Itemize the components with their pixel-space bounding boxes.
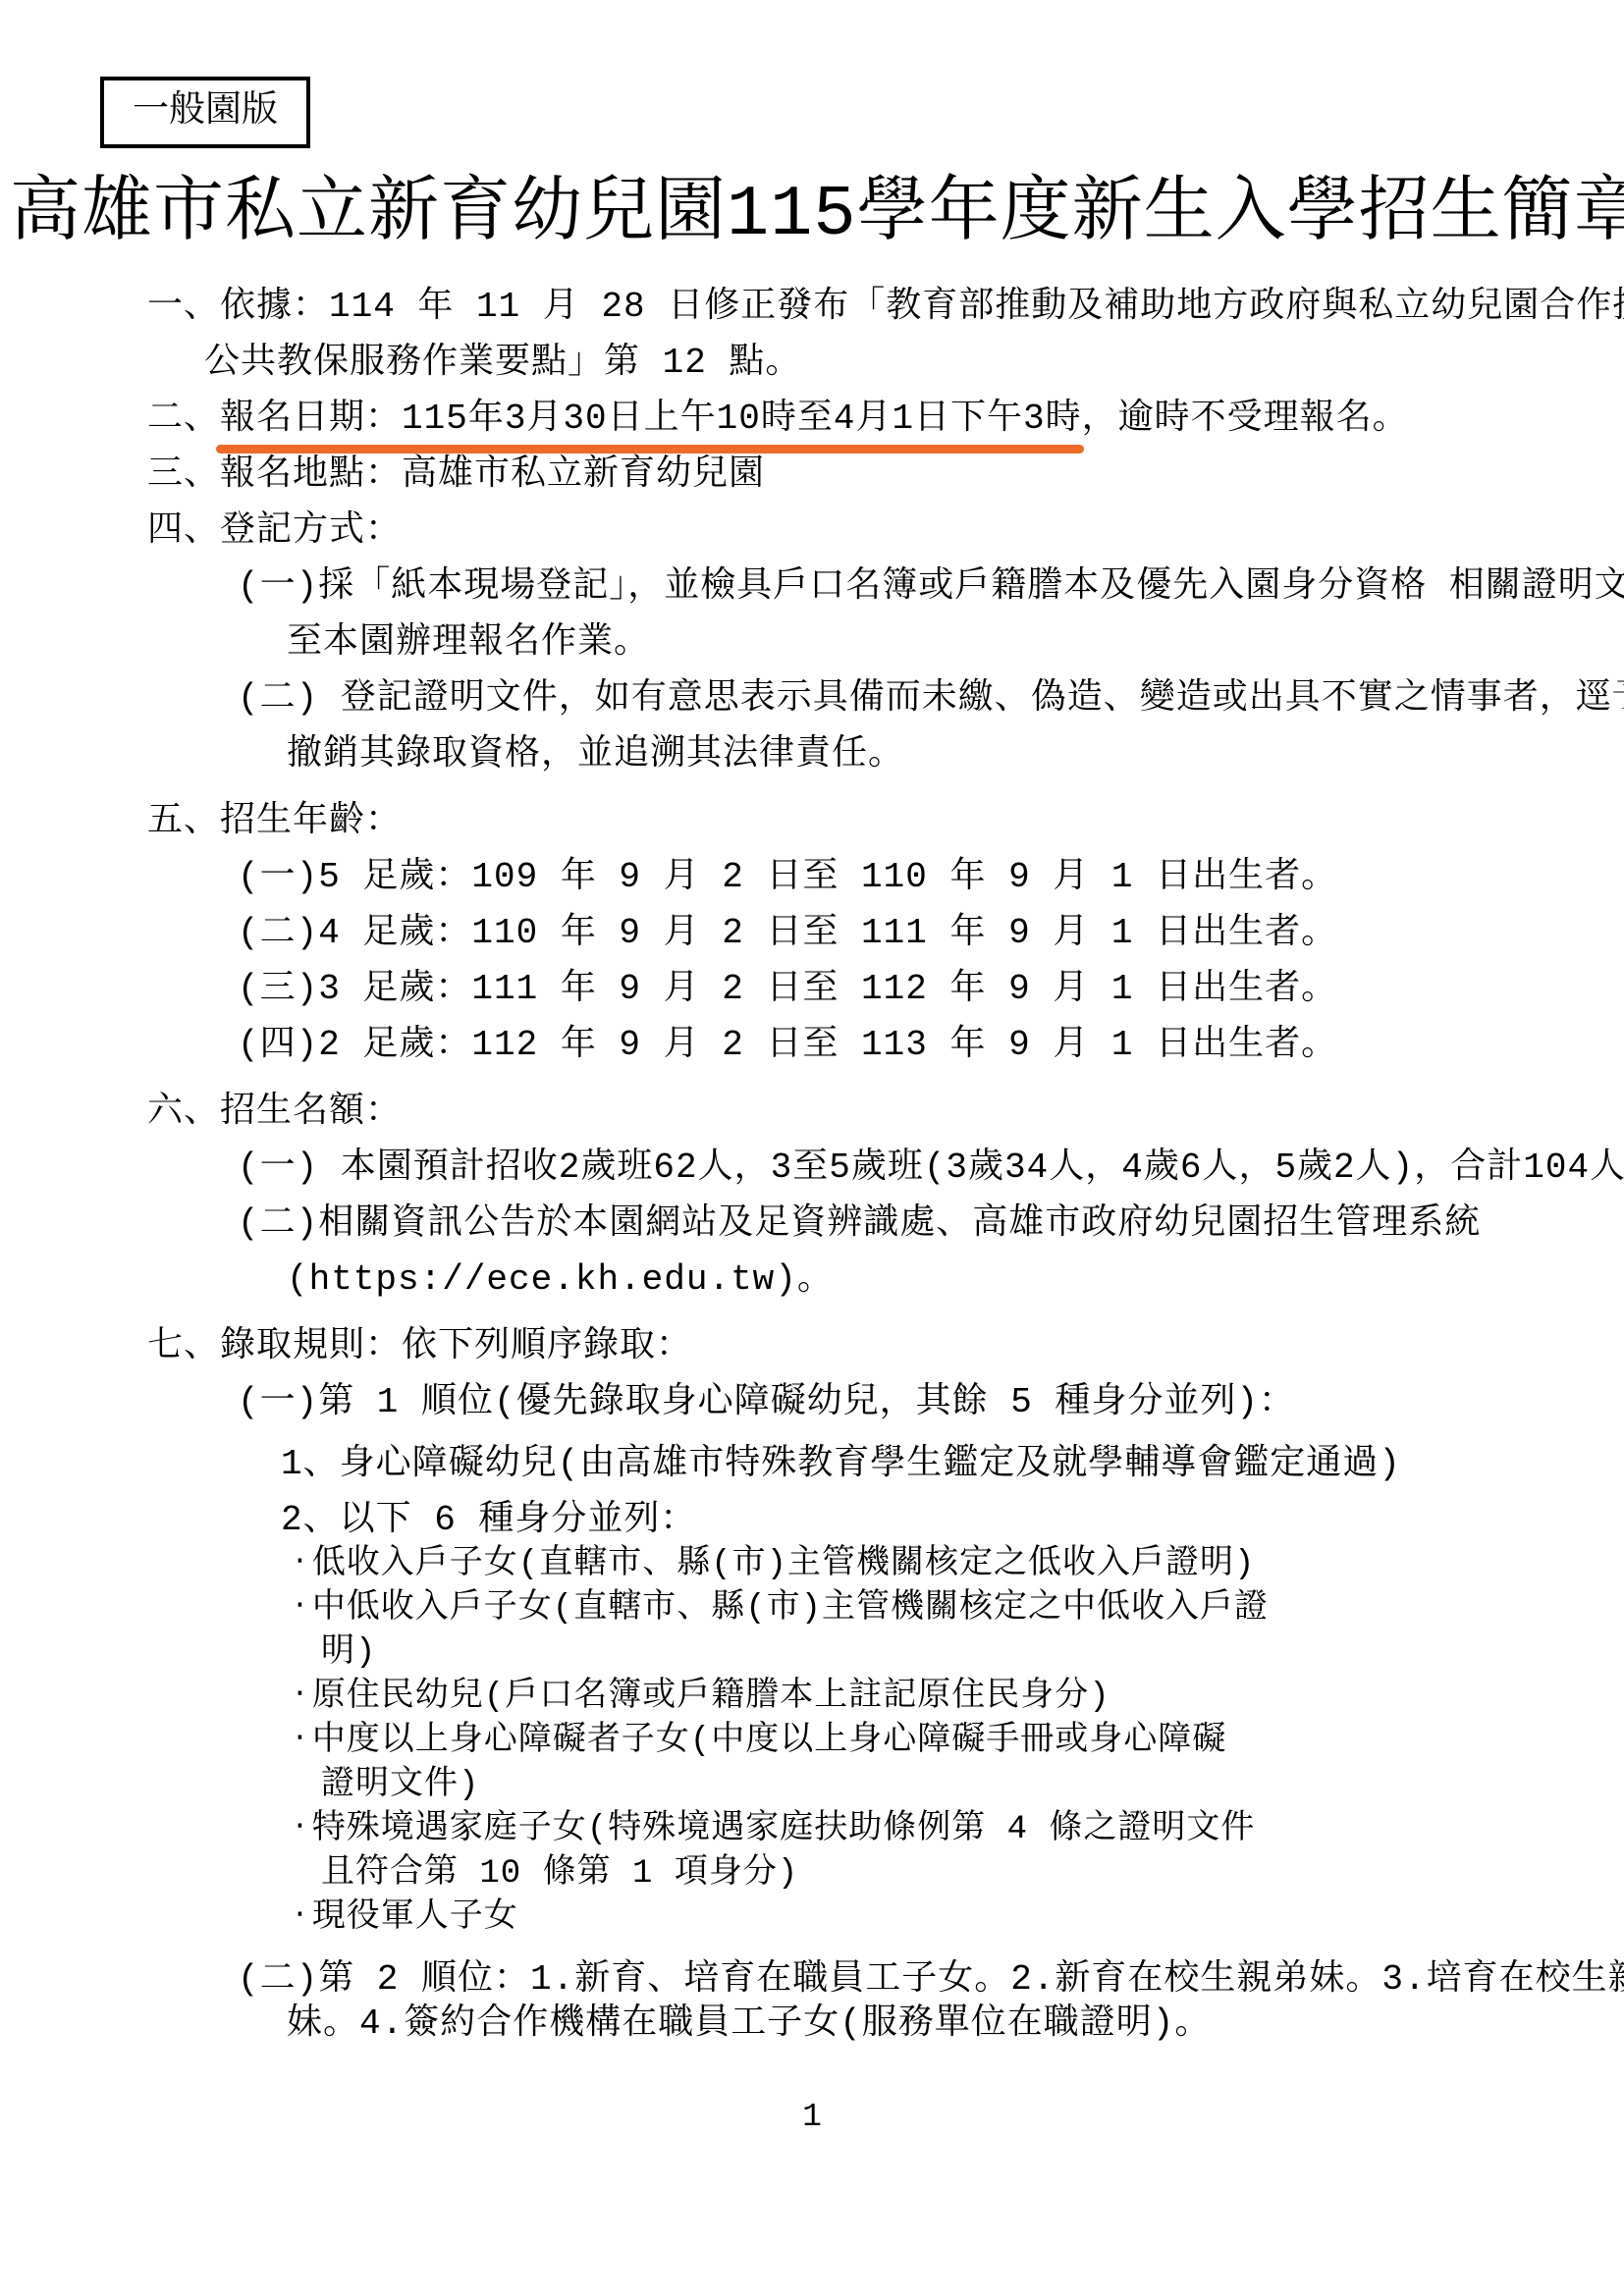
item7-priority1-num2: 2、以下 6 種身分並列： bbox=[281, 1501, 1624, 1540]
bullet-dot-icon: ‧ bbox=[295, 1723, 306, 1760]
bullet-mid-low-income-line1: ‧中低收入戶子女(直轄市、縣(市)主管機關核定之中低收入戶證 bbox=[295, 1589, 1624, 1629]
bullet-low-income-text: 低收入戶子女(直轄市、縣(市)主管機關核定之低收入戶證明) bbox=[312, 1546, 1256, 1583]
item5-age2: (四)2 足歲：112 年 9 月 2 日至 113 年 9 月 1 日出生者。 bbox=[238, 1026, 1624, 1065]
item4-sub1-line2: 至本園辦理報名作業。 bbox=[287, 623, 1624, 663]
item7-priority2-line2: 妹。4.簽約合作機構在職員工子女(服務單位在職證明)。 bbox=[287, 2004, 1624, 2044]
item3-registration-place: 三、報名地點：高雄市私立新育幼兒園 bbox=[147, 455, 1624, 495]
item6-heading: 六、招生名額： bbox=[147, 1093, 1624, 1132]
item7-heading: 七、錄取規則：依下列順序錄取： bbox=[147, 1327, 1624, 1366]
page-title: 高雄市私立新育幼兒園115學年度新生入學招生簡章 bbox=[10, 174, 1614, 256]
bullet-dot-icon: ‧ bbox=[295, 1899, 306, 1937]
bullet-dot-icon: ‧ bbox=[295, 1590, 306, 1628]
item1-basis-line1: 一、依據：114 年 11 月 28 日修正發布「教育部推動及補助地方政府與私立… bbox=[147, 288, 1624, 327]
item2-number: 二、 bbox=[147, 399, 220, 439]
item7-priority2-line1: (二)第 2 順位：1.新育、培育在職員工子女。2.新育在校生親弟妹。3.培育在… bbox=[238, 1960, 1624, 2000]
item6-info-url: (https://ece.kh.edu.tw)。 bbox=[287, 1260, 1624, 1300]
item1-basis-line2: 公共教保服務作業要點」第 12 點。 bbox=[204, 344, 1624, 383]
item4-sub2-line1: (二) 登記證明文件，如有意思表示具備而未繳、偽造、變造或出具不實之情事者，逕予 bbox=[238, 679, 1624, 719]
version-badge: 一般園版 bbox=[100, 77, 310, 148]
item6-info-line1: (二)相關資訊公告於本園網站及足資辨識處、高雄市政府幼兒園招生管理系統 bbox=[238, 1204, 1624, 1244]
item5-age4: (二)4 足歲：110 年 9 月 2 日至 111 年 9 月 1 日出生者。 bbox=[238, 914, 1624, 953]
bullet-dot-icon: ‧ bbox=[295, 1679, 306, 1716]
bullet-mid-low-income-line2: 明) bbox=[321, 1633, 1624, 1673]
bullet-low-income: ‧低收入戶子女(直轄市、縣(市)主管機關核定之低收入戶證明) bbox=[295, 1545, 1624, 1584]
bullet-disabled-parent-text: 中度以上身心障礙者子女(中度以上身心障礙手冊或身心障礙 bbox=[312, 1723, 1226, 1760]
bullet-dot-icon: ‧ bbox=[295, 1811, 306, 1848]
item7-priority1-num1: 1、身心障礙幼兒(由高雄市特殊教育學生鑑定及就學輔導會鑑定通過) bbox=[281, 1445, 1624, 1484]
version-badge-label: 一般園版 bbox=[133, 91, 278, 133]
item5-age5: (一)5 足歲：109 年 9 月 2 日至 110 年 9 月 1 日出生者。 bbox=[238, 858, 1624, 897]
bullet-disabled-parent-line1: ‧中度以上身心障礙者子女(中度以上身心障礙手冊或身心障礙 bbox=[295, 1722, 1624, 1761]
item5-heading: 五、招生年齡： bbox=[147, 802, 1624, 841]
bullet-special-family-line1: ‧特殊境遇家庭子女(特殊境遇家庭扶助條例第 4 條之證明文件 bbox=[295, 1810, 1624, 1849]
item6-quota: (一) 本園預計招收2歲班62人，3至5歲班(3歲34人，4歲6人，5歲2人)，… bbox=[238, 1148, 1624, 1188]
item4-heading: 四、登記方式： bbox=[147, 511, 1624, 551]
item2-suffix: ，逾時不受理報名。 bbox=[1082, 399, 1409, 439]
item7-priority1-heading: (一)第 1 順位(優先錄取身心障礙幼兒，其餘 5 種身分並列)： bbox=[238, 1383, 1624, 1422]
page-number: 1 bbox=[0, 2099, 1624, 2135]
bullet-indigenous-text: 原住民幼兒(戶口名簿或戶籍謄本上註記原住民身分) bbox=[312, 1679, 1110, 1716]
bullet-military-text: 現役軍人子女 bbox=[312, 1899, 518, 1937]
bullet-dot-icon: ‧ bbox=[295, 1546, 306, 1583]
bullet-disabled-parent-line2: 證明文件) bbox=[321, 1766, 1624, 1805]
bullet-special-family-text: 特殊境遇家庭子女(特殊境遇家庭扶助條例第 4 條之證明文件 bbox=[312, 1811, 1256, 1848]
document-page: 一般園版 高雄市私立新育幼兒園115學年度新生入學招生簡章 一、依據：114 年… bbox=[0, 0, 1624, 2296]
item2-registration-date-line: 二、報名日期：115年3月30日上午10時至4月1日下午3時，逾時不受理報名。 bbox=[147, 400, 1624, 439]
registration-date-highlight: 報名日期：115年3月30日上午10時至4月1日下午3時 bbox=[220, 399, 1082, 439]
item4-sub1-line1: (一)採「紙本現場登記」，並檢具戶口名簿或戶籍謄本及優先入園身分資格 相關證明文… bbox=[238, 567, 1624, 607]
item5-age3: (三)3 足歲：111 年 9 月 2 日至 112 年 9 月 1 日出生者。 bbox=[238, 970, 1624, 1009]
bullet-special-family-line2: 且符合第 10 條第 1 項身分) bbox=[321, 1854, 1624, 1894]
bullet-indigenous: ‧原住民幼兒(戶口名簿或戶籍謄本上註記原住民身分) bbox=[295, 1678, 1624, 1717]
item4-sub2-line2: 撤銷其錄取資格，並追溯其法律責任。 bbox=[287, 735, 1624, 774]
bullet-mid-low-income-text: 中低收入戶子女(直轄市、縣(市)主管機關核定之中低收入戶證 bbox=[312, 1590, 1269, 1628]
document-body: 一、依據：114 年 11 月 28 日修正發布「教育部推動及補助地方政府與私立… bbox=[0, 288, 1624, 2044]
bullet-military: ‧現役軍人子女 bbox=[295, 1898, 1624, 1938]
